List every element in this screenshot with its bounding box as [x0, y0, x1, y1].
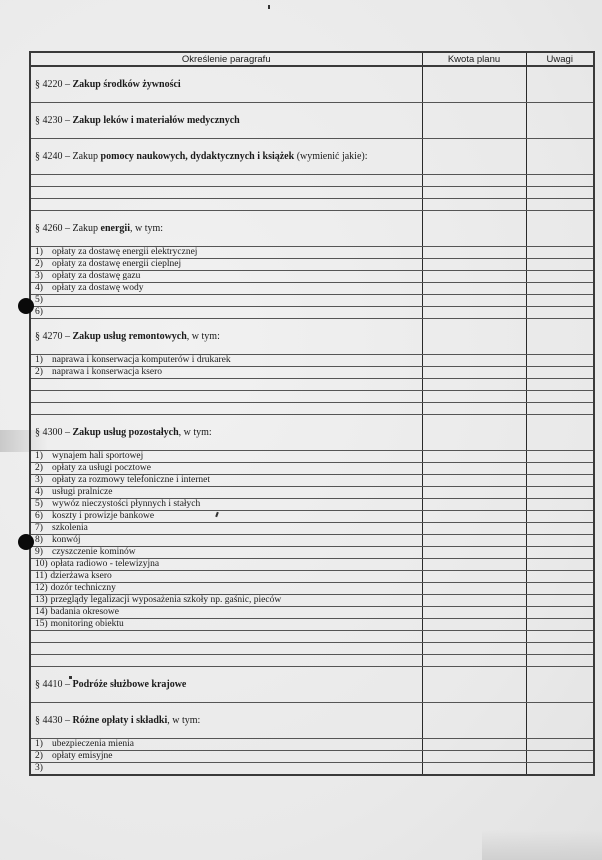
item-text: dozór techniczny	[51, 583, 116, 593]
amount-cell[interactable]	[422, 595, 526, 607]
item-label: 4)usługi pralnicze	[30, 487, 422, 499]
notes-cell[interactable]	[526, 403, 594, 415]
item-row: 14)badania okresowe	[30, 607, 594, 619]
section-title: Różne opłaty i składki	[73, 715, 168, 726]
item-row: 1)opłaty za dostawę energii elektrycznej	[30, 247, 594, 259]
blank-row	[30, 187, 594, 199]
item-text: opłaty za dostawę wody	[52, 283, 144, 293]
item-label: 12)dozór techniczny	[30, 583, 422, 595]
section-suffix: (wymienić jakie):	[294, 151, 367, 162]
notes-cell[interactable]	[526, 391, 594, 403]
section-prefix: § 4300 –	[35, 427, 73, 438]
item-number: 4)	[35, 283, 52, 294]
item-row: 3)opłaty za rozmowy telefoniczne i inter…	[30, 475, 594, 487]
item-text: opłaty za rozmowy telefoniczne i interne…	[52, 475, 210, 485]
item-number: 5)	[35, 295, 52, 306]
amount-cell[interactable]	[422, 763, 526, 776]
blank-description-cell[interactable]	[30, 391, 422, 403]
item-number: 11)	[35, 571, 47, 582]
budget-plan-table: Określenie paragrafu Kwota planu Uwagi §…	[29, 51, 595, 776]
table-body: § 4220 – Zakup środków żywności§ 4230 – …	[30, 66, 594, 775]
column-header-description: Określenie paragrafu	[30, 52, 422, 66]
item-label: 13)przeglądy legalizacji wyposażenia szk…	[30, 595, 422, 607]
amount-cell[interactable]	[422, 175, 526, 187]
amount-cell[interactable]	[422, 607, 526, 619]
item-label: 4)opłaty za dostawę wody	[30, 283, 422, 295]
amount-cell[interactable]	[422, 499, 526, 511]
item-number: 1)	[35, 451, 52, 462]
amount-cell[interactable]	[422, 739, 526, 751]
item-row: 2)opłaty za dostawę energii cieplnej	[30, 259, 594, 271]
amount-cell[interactable]	[422, 511, 526, 523]
item-text: ubezpieczenia mienia	[52, 739, 134, 749]
amount-cell[interactable]	[422, 667, 526, 703]
section-prefix: § 4220 –	[35, 79, 73, 90]
notes-cell[interactable]	[526, 187, 594, 199]
item-number: 2)	[35, 751, 52, 762]
section-suffix: , w tym:	[167, 715, 200, 726]
item-row: 2)opłaty za usługi pocztowe	[30, 463, 594, 475]
section-prefix: § 4260 – Zakup	[35, 223, 101, 234]
section-title: Zakup usług remontowych	[73, 331, 187, 342]
notes-cell[interactable]	[526, 739, 594, 751]
item-text: konwój	[52, 535, 81, 545]
notes-cell[interactable]	[526, 175, 594, 187]
section-suffix: , w tym:	[179, 427, 212, 438]
item-text: opłaty emisyjne	[52, 751, 112, 761]
amount-cell[interactable]	[422, 391, 526, 403]
notes-cell[interactable]	[526, 475, 594, 487]
item-label: 6)koszty i prowizje bankowe	[30, 511, 422, 523]
item-text: czyszczenie kominów	[52, 547, 136, 557]
blank-row	[30, 643, 594, 655]
item-row: 9)czyszczenie kominów	[30, 547, 594, 559]
notes-cell[interactable]	[526, 451, 594, 463]
amount-cell[interactable]	[422, 547, 526, 559]
amount-cell[interactable]	[422, 463, 526, 475]
ink-speck	[69, 676, 72, 679]
item-number: 1)	[35, 247, 52, 258]
section-title: energii	[101, 223, 130, 234]
amount-cell[interactable]	[422, 619, 526, 631]
amount-cell[interactable]	[422, 259, 526, 271]
section-label: § 4430 – Różne opłaty i składki, w tym:	[30, 703, 422, 739]
blank-row	[30, 403, 594, 415]
item-text: opłaty za dostawę energii cieplnej	[52, 259, 181, 269]
notes-cell[interactable]	[526, 595, 594, 607]
item-label: 8)konwój	[30, 535, 422, 547]
item-text: opłaty za dostawę gazu	[52, 271, 140, 281]
item-number: 7)	[35, 523, 52, 534]
section-label: § 4230 – Zakup leków i materiałów medycz…	[30, 103, 422, 139]
scan-shadow	[482, 830, 602, 860]
section-row-4430: § 4430 – Różne opłaty i składki, w tym:	[30, 703, 594, 739]
item-label: 5)	[30, 295, 422, 307]
amount-cell[interactable]	[422, 559, 526, 571]
item-number: 6)	[35, 307, 52, 318]
item-text: koszty i prowizje bankowe	[52, 511, 154, 521]
item-text: dzierżawa ksero	[50, 571, 111, 581]
item-number: 14)	[35, 607, 48, 618]
notes-cell[interactable]	[526, 271, 594, 283]
item-label: 1)wynajem hali sportowej	[30, 451, 422, 463]
notes-cell[interactable]	[526, 643, 594, 655]
amount-cell[interactable]	[422, 283, 526, 295]
amount-cell[interactable]	[422, 271, 526, 283]
item-label: 1)opłaty za dostawę energii elektrycznej	[30, 247, 422, 259]
amount-cell[interactable]	[422, 367, 526, 379]
item-label: 2)opłaty za dostawę energii cieplnej	[30, 259, 422, 271]
item-number: 4)	[35, 487, 52, 498]
blank-description-cell[interactable]	[30, 379, 422, 391]
section-row-4270: § 4270 – Zakup usług remontowych, w tym:	[30, 319, 594, 355]
item-number: 2)	[35, 259, 52, 270]
item-number: 1)	[35, 355, 52, 366]
item-row: 15)monitoring obiektu	[30, 619, 594, 631]
section-label: § 4220 – Zakup środków żywności	[30, 66, 422, 103]
notes-cell[interactable]	[526, 211, 594, 247]
section-prefix: § 4230 –	[35, 115, 73, 126]
notes-cell[interactable]	[526, 535, 594, 547]
amount-cell[interactable]	[422, 66, 526, 103]
item-row: 4)opłaty za dostawę wody	[30, 283, 594, 295]
blank-description-cell[interactable]	[30, 655, 422, 667]
blank-row	[30, 631, 594, 643]
section-row-4240: § 4240 – Zakup pomocy naukowych, dydakty…	[30, 139, 594, 175]
notes-cell[interactable]	[526, 283, 594, 295]
notes-cell[interactable]	[526, 559, 594, 571]
item-label: 6)	[30, 307, 422, 319]
column-header-notes: Uwagi	[526, 52, 594, 66]
section-suffix: , w tym:	[187, 331, 220, 342]
amount-cell[interactable]	[422, 307, 526, 319]
notes-cell[interactable]	[526, 355, 594, 367]
item-row: 2)opłaty emisyjne	[30, 751, 594, 763]
notes-cell[interactable]	[526, 571, 594, 583]
item-label: 9)czyszczenie kominów	[30, 547, 422, 559]
amount-cell[interactable]	[422, 187, 526, 199]
amount-cell[interactable]	[422, 475, 526, 487]
item-number: 10)	[35, 559, 48, 570]
item-row: 8)konwój	[30, 535, 594, 547]
blank-description-cell[interactable]	[30, 175, 422, 187]
item-label: 3)	[30, 763, 422, 776]
notes-cell[interactable]	[526, 667, 594, 703]
section-prefix: § 4270 –	[35, 331, 73, 342]
item-text: opłaty za dostawę energii elektrycznej	[52, 247, 197, 257]
item-row: 5)wywóz nieczystości płynnych i stałych	[30, 499, 594, 511]
notes-cell[interactable]	[526, 103, 594, 139]
item-row: 5)	[30, 295, 594, 307]
item-row: 1)naprawa i konserwacja komputerów i dru…	[30, 355, 594, 367]
section-row-4410: § 4410 – Podróże służbowe krajowe	[30, 667, 594, 703]
item-number: 2)	[35, 463, 52, 474]
item-row: 2)naprawa i konserwacja ksero	[30, 367, 594, 379]
notes-cell[interactable]	[526, 547, 594, 559]
section-title: Zakup usług pozostałych	[73, 427, 179, 438]
blank-description-cell[interactable]	[30, 187, 422, 199]
amount-cell[interactable]	[422, 139, 526, 175]
notes-cell[interactable]	[526, 703, 594, 739]
item-label: 1)naprawa i konserwacja komputerów i dru…	[30, 355, 422, 367]
item-row: 4)usługi pralnicze	[30, 487, 594, 499]
item-text: wywóz nieczystości płynnych i stałych	[52, 499, 200, 509]
item-number: 9)	[35, 547, 52, 558]
item-label: 10)opłata radiowo - telewizyjna	[30, 559, 422, 571]
notes-cell[interactable]	[526, 295, 594, 307]
amount-cell[interactable]	[422, 487, 526, 499]
amount-cell[interactable]	[422, 103, 526, 139]
section-prefix: § 4430 –	[35, 715, 73, 726]
notes-cell[interactable]	[526, 631, 594, 643]
notes-cell[interactable]	[526, 499, 594, 511]
amount-cell[interactable]	[422, 451, 526, 463]
item-label: 2)opłaty za usługi pocztowe	[30, 463, 422, 475]
amount-cell[interactable]	[422, 379, 526, 391]
ink-speck	[268, 5, 270, 9]
notes-cell[interactable]	[526, 367, 594, 379]
item-label: 5)wywóz nieczystości płynnych i stałych	[30, 499, 422, 511]
amount-cell[interactable]	[422, 535, 526, 547]
blank-row	[30, 379, 594, 391]
item-number: 5)	[35, 499, 52, 510]
blank-row	[30, 175, 594, 187]
section-label: § 4240 – Zakup pomocy naukowych, dydakty…	[30, 139, 422, 175]
notes-cell[interactable]	[526, 655, 594, 667]
blank-row	[30, 391, 594, 403]
item-number: 3)	[35, 763, 52, 774]
section-label: § 4300 – Zakup usług pozostałych, w tym:	[30, 415, 422, 451]
notes-cell[interactable]	[526, 66, 594, 103]
notes-cell[interactable]	[526, 259, 594, 271]
item-label: 2)naprawa i konserwacja ksero	[30, 367, 422, 379]
item-row: 12)dozór techniczny	[30, 583, 594, 595]
notes-cell[interactable]	[526, 307, 594, 319]
section-label: § 4410 – Podróże służbowe krajowe	[30, 667, 422, 703]
item-number: 3)	[35, 475, 52, 486]
amount-cell[interactable]	[422, 319, 526, 355]
item-row: 3)opłaty za dostawę gazu	[30, 271, 594, 283]
item-label: 11)dzierżawa ksero	[30, 571, 422, 583]
notes-cell[interactable]	[526, 199, 594, 211]
item-row: 3)	[30, 763, 594, 776]
amount-cell[interactable]	[422, 571, 526, 583]
item-row: 10)opłata radiowo - telewizyjna	[30, 559, 594, 571]
section-title: Zakup środków żywności	[73, 79, 181, 90]
column-header-amount: Kwota planu	[422, 52, 526, 66]
amount-cell[interactable]	[422, 703, 526, 739]
blank-row	[30, 655, 594, 667]
section-prefix: § 4410 –	[35, 679, 73, 690]
item-row: 1)wynajem hali sportowej	[30, 451, 594, 463]
notes-cell[interactable]	[526, 415, 594, 451]
item-label: 15)monitoring obiektu	[30, 619, 422, 631]
notes-cell[interactable]	[526, 523, 594, 535]
item-text: naprawa i konserwacja ksero	[52, 367, 162, 377]
notes-cell[interactable]	[526, 619, 594, 631]
item-number: 6)	[35, 511, 52, 522]
blank-description-cell[interactable]	[30, 631, 422, 643]
item-label: 1)ubezpieczenia mienia	[30, 739, 422, 751]
blank-description-cell[interactable]	[30, 403, 422, 415]
section-row-4300: § 4300 – Zakup usług pozostałych, w tym:	[30, 415, 594, 451]
notes-cell[interactable]	[526, 583, 594, 595]
blank-description-cell[interactable]	[30, 199, 422, 211]
item-text: przeglądy legalizacji wyposażenia szkoły…	[51, 595, 282, 605]
table-header-row: Określenie paragrafu Kwota planu Uwagi	[30, 52, 594, 66]
notes-cell[interactable]	[526, 511, 594, 523]
item-text: opłaty za usługi pocztowe	[52, 463, 151, 473]
notes-cell[interactable]	[526, 763, 594, 776]
notes-cell[interactable]	[526, 247, 594, 259]
item-text: usługi pralnicze	[52, 487, 112, 497]
amount-cell[interactable]	[422, 583, 526, 595]
item-text: wynajem hali sportowej	[52, 451, 143, 461]
amount-cell[interactable]	[422, 655, 526, 667]
item-number: 13)	[35, 595, 48, 606]
amount-cell[interactable]	[422, 751, 526, 763]
amount-cell[interactable]	[422, 247, 526, 259]
item-number: 12)	[35, 583, 48, 594]
item-row: 7)szkolenia	[30, 523, 594, 535]
item-number: 2)	[35, 367, 52, 378]
item-label: 3)opłaty za rozmowy telefoniczne i inter…	[30, 475, 422, 487]
punch-hole-lower	[18, 534, 34, 550]
section-suffix: , w tym:	[130, 223, 163, 234]
amount-cell[interactable]	[422, 211, 526, 247]
item-text: badania okresowe	[51, 607, 119, 617]
item-label: 7)szkolenia	[30, 523, 422, 535]
item-text: naprawa i konserwacja komputerów i druka…	[52, 355, 231, 365]
section-row-4260: § 4260 – Zakup energii, w tym:	[30, 211, 594, 247]
section-label: § 4260 – Zakup energii, w tym:	[30, 211, 422, 247]
section-label: § 4270 – Zakup usług remontowych, w tym:	[30, 319, 422, 355]
item-text: szkolenia	[52, 523, 88, 533]
item-text: opłata radiowo - telewizyjna	[51, 559, 159, 569]
item-number: 3)	[35, 271, 52, 282]
section-title: Podróże służbowe krajowe	[73, 679, 187, 690]
item-row: 1)ubezpieczenia mienia	[30, 739, 594, 751]
amount-cell[interactable]	[422, 355, 526, 367]
item-row: 6)	[30, 307, 594, 319]
amount-cell[interactable]	[422, 295, 526, 307]
amount-cell[interactable]	[422, 523, 526, 535]
notes-cell[interactable]	[526, 319, 594, 355]
notes-cell[interactable]	[526, 379, 594, 391]
item-row: 6)koszty i prowizje bankowe	[30, 511, 594, 523]
section-title: Zakup leków i materiałów medycznych	[73, 115, 240, 126]
notes-cell[interactable]	[526, 463, 594, 475]
item-number: 15)	[35, 619, 48, 630]
blank-row	[30, 199, 594, 211]
item-label: 3)opłaty za dostawę gazu	[30, 271, 422, 283]
item-text: monitoring obiektu	[51, 619, 124, 629]
item-label: 2)opłaty emisyjne	[30, 751, 422, 763]
section-row-4230: § 4230 – Zakup leków i materiałów medycz…	[30, 103, 594, 139]
blank-description-cell[interactable]	[30, 643, 422, 655]
notes-cell[interactable]	[526, 607, 594, 619]
item-row: 13)przeglądy legalizacji wyposażenia szk…	[30, 595, 594, 607]
item-row: 11)dzierżawa ksero	[30, 571, 594, 583]
notes-cell[interactable]	[526, 487, 594, 499]
item-label: 14)badania okresowe	[30, 607, 422, 619]
amount-cell[interactable]	[422, 643, 526, 655]
amount-cell[interactable]	[422, 403, 526, 415]
section-prefix: § 4240 – Zakup	[35, 151, 101, 162]
item-number: 1)	[35, 739, 52, 750]
section-row-4220: § 4220 – Zakup środków żywności	[30, 66, 594, 103]
notes-cell[interactable]	[526, 751, 594, 763]
amount-cell[interactable]	[422, 199, 526, 211]
punch-hole-upper	[18, 298, 34, 314]
item-number: 8)	[35, 535, 52, 546]
amount-cell[interactable]	[422, 415, 526, 451]
amount-cell[interactable]	[422, 631, 526, 643]
section-title: pomocy naukowych, dydaktycznych i książe…	[101, 151, 295, 162]
notes-cell[interactable]	[526, 139, 594, 175]
